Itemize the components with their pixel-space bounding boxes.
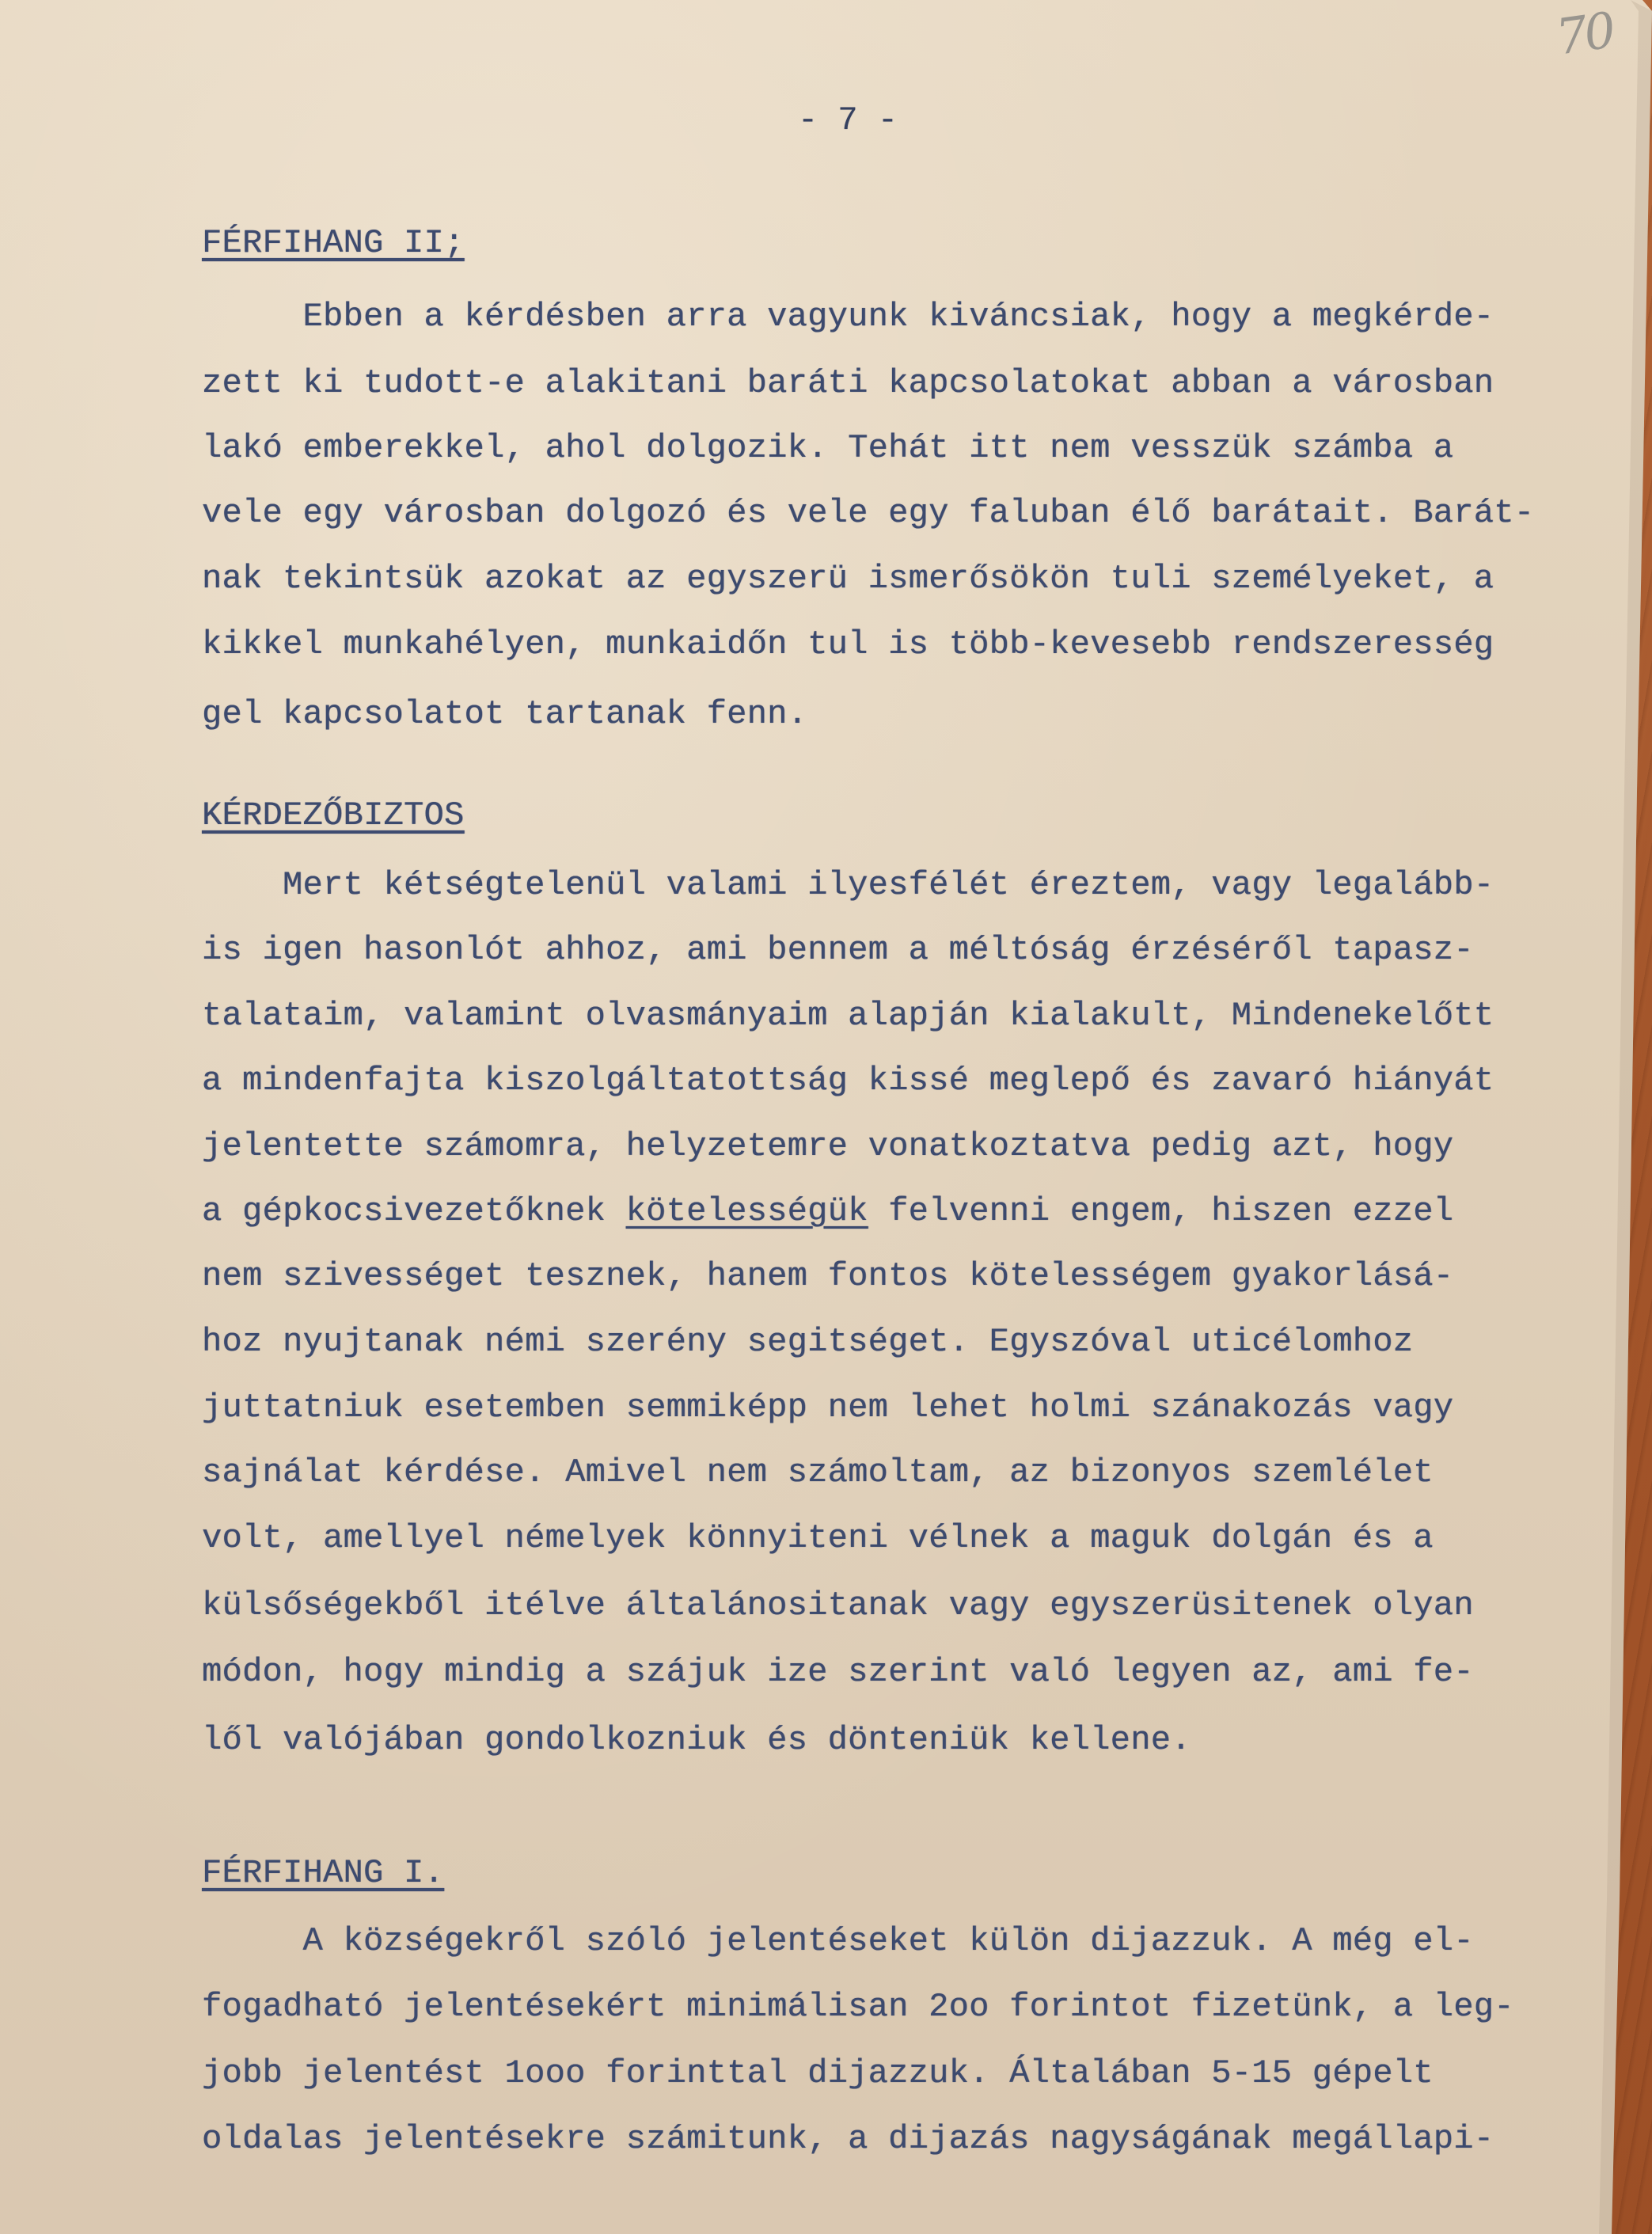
text-line: gel kapcsolatot tartanak fenn. xyxy=(202,697,807,731)
text-line: nem szivességet tesznek, hanem fontos kö… xyxy=(202,1259,1453,1293)
text-line: zett ki tudott-e alakitani baráti kapcso… xyxy=(202,367,1494,400)
text-line: külsőségekből itélve általánositanak vag… xyxy=(202,1589,1474,1622)
text-line: jelentette számomra, helyzetemre vonatko… xyxy=(202,1130,1453,1163)
text-line: módon, hogy mindig a szájuk ize szerint … xyxy=(202,1655,1474,1689)
text-line: is igen hasonlót ahhoz, ami bennem a mél… xyxy=(202,933,1474,967)
text-line: lakó emberekkel, ahol dolgozik. Tehát it… xyxy=(202,431,1453,465)
text-line: juttatniuk esetemben semmiképp nem lehet… xyxy=(202,1391,1453,1424)
text-line: A községekről szóló jelentéseket külön d… xyxy=(202,1924,1474,1958)
text-line: Mert kétségtelenül valami ilyesfélét ére… xyxy=(202,868,1494,902)
page-number: - 7 - xyxy=(798,101,898,139)
text-line: kikkel munkahélyen, munkaidőn tul is töb… xyxy=(202,628,1494,661)
text-line: fogadható jelentésekért minimálisan 2oo … xyxy=(202,1990,1514,2023)
text-line: hoz nyujtanak némi szerény segitséget. E… xyxy=(202,1325,1413,1358)
text-line: vele egy városban dolgozó és vele egy fa… xyxy=(202,496,1534,530)
text-line: volt, amellyel némelyek könnyiteni vélne… xyxy=(202,1522,1434,1555)
section-heading: FÉRFIHANG I. xyxy=(202,1856,444,1890)
text-line: Ebben a kérdésben arra vagyunk kiváncsia… xyxy=(202,300,1494,333)
section-heading: FÉRFIHANG II; xyxy=(202,226,465,260)
text-line: a mindenfajta kiszolgáltatottság kissé m… xyxy=(202,1064,1494,1097)
text-line: a gépkocsivezetőknek kötelességük felven… xyxy=(202,1195,1453,1228)
underlined-word: kötelességük xyxy=(626,1192,868,1230)
handwritten-folio-number: 70 xyxy=(1552,1,1616,66)
text-line: nak tekintsük azokat az egyszerü ismerős… xyxy=(202,562,1494,595)
text-line: jobb jelentést 1ooo forinttal dijazzuk. … xyxy=(202,2057,1434,2090)
text-line: sajnálat kérdése. Amivel nem számoltam, … xyxy=(202,1456,1434,1489)
text-line: talataim, valamint olvasmányaim alapján … xyxy=(202,999,1494,1032)
text-line: lől valójában gondolkozniuk és dönteniük… xyxy=(202,1723,1191,1757)
text-line: oldalas jelentésekre számitunk, a dijazá… xyxy=(202,2122,1494,2156)
section-heading: KÉRDEZŐBIZTOS xyxy=(202,799,465,832)
